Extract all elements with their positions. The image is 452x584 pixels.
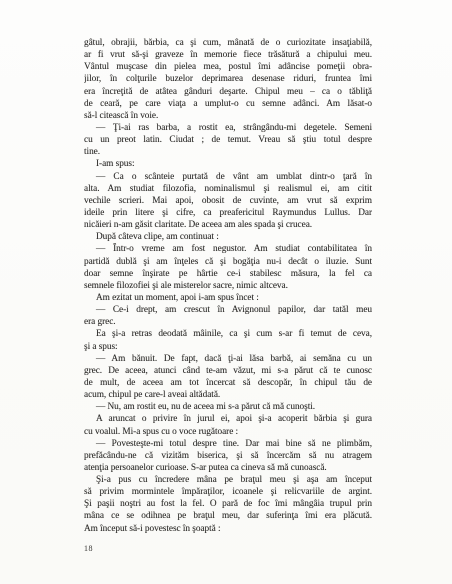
text-line: atenţia persoanelor curioase. S-ar putea… bbox=[84, 462, 372, 474]
text-line: acum, chipul pe care-l aveai altădată. bbox=[84, 389, 372, 401]
paragraph: După câteva clipe, am continuat : bbox=[84, 231, 372, 243]
text-line: ideile prin litere şi cifre, ca preaferi… bbox=[84, 207, 372, 219]
paragraph: — Ţi-ai ras barba, a rostit ea, strângân… bbox=[84, 122, 372, 158]
paragraph: — Ca o scânteie purtată de vânt am umbla… bbox=[84, 171, 372, 232]
text-line: nicăieri n-am găsit claritate. De aceea … bbox=[84, 219, 372, 231]
text-line: Am ezitat un moment, apoi i-am spus înce… bbox=[84, 292, 372, 304]
text-line: doar semne înşirate pe hârtie ce-i stabi… bbox=[84, 268, 372, 280]
text-line: gâtul, obrajii, bărbia, ca şi cum, mânat… bbox=[84, 37, 372, 49]
text-line: prefăcându-ne că vizităm biserica, şi să… bbox=[84, 450, 372, 462]
paragraph: Ea şi-a retras deodată mâinile, ca şi cu… bbox=[84, 328, 372, 352]
text-line: să-l citească în voie. bbox=[84, 110, 372, 122]
text-line: alta. Am studiat filozofia, nominalismul… bbox=[84, 183, 372, 195]
text-line: I-am spus: bbox=[84, 158, 372, 170]
text-line: — Am bănuit. De fapt, dacă ţi-ai lăsa ba… bbox=[84, 353, 372, 365]
text-line: A aruncat o privire în jurul ei, apoi şi… bbox=[84, 413, 372, 425]
text-block: gâtul, obrajii, bărbia, ca şi cum, mânat… bbox=[84, 37, 372, 535]
text-line: Ea şi-a retras deodată mâinile, ca şi cu… bbox=[84, 328, 372, 340]
text-line: şi a spus: bbox=[84, 341, 372, 353]
text-line: de ceară, pe care viaţa a umplut-o cu se… bbox=[84, 98, 372, 110]
text-line: cu un preot latin. Ciudat ; de temut. Vr… bbox=[84, 134, 372, 146]
text-line: cu voalul. Mi-a spus cu o voce rugătoare… bbox=[84, 426, 372, 438]
text-line: era grec. bbox=[84, 316, 372, 328]
text-line: de mult, de aceea am tot încercat să des… bbox=[84, 377, 372, 389]
text-line: să privim mormintele împăraţilor, icoane… bbox=[84, 486, 372, 498]
paragraph: A aruncat o privire în jurul ei, apoi şi… bbox=[84, 413, 372, 437]
paragraph: I-am spus: bbox=[84, 158, 372, 170]
text-line: Am început să-i povestesc în şoaptă : bbox=[84, 523, 372, 535]
text-line: jilor, în colţurile buzelor deprimarea d… bbox=[84, 73, 372, 85]
text-line: — Ca o scânteie purtată de vânt am umbla… bbox=[84, 171, 372, 183]
text-line: — Nu, am rostit eu, nu de aceea mi s-a p… bbox=[84, 401, 372, 413]
text-line: mâna ce se odihnea pe braţul meu, dar su… bbox=[84, 510, 372, 522]
paragraph: — Ce-i drept, am crescut în Avignonul pa… bbox=[84, 304, 372, 328]
scanned-book-page: gâtul, obrajii, bărbia, ca şi cum, mânat… bbox=[0, 0, 452, 584]
text-line: Vântul muşcase din pielea mea, postul îm… bbox=[84, 61, 372, 73]
text-line: ar fi vrut să-şi graveze în memorie fiec… bbox=[84, 49, 372, 61]
text-line: grec. De aceea, atunci când te-am văzut,… bbox=[84, 365, 372, 377]
text-line: — Într-o vreme am fost negustor. Am stud… bbox=[84, 243, 372, 255]
paragraph: Am ezitat un moment, apoi i-am spus înce… bbox=[84, 292, 372, 304]
text-line: Şi paşii noştri au fost la fel. O pară d… bbox=[84, 498, 372, 510]
paragraph: gâtul, obrajii, bărbia, ca şi cum, mânat… bbox=[84, 37, 372, 122]
text-line: partidă dublă şi am înţeles că şi bogăţi… bbox=[84, 256, 372, 268]
text-line: — Ce-i drept, am crescut în Avignonul pa… bbox=[84, 304, 372, 316]
text-line: — Povesteşte-mi totul despre tine. Dar m… bbox=[84, 438, 372, 450]
paragraph: — Povesteşte-mi totul despre tine. Dar m… bbox=[84, 438, 372, 474]
text-line: După câteva clipe, am continuat : bbox=[84, 231, 372, 243]
text-line: — Ţi-ai ras barba, a rostit ea, strângân… bbox=[84, 122, 372, 134]
paragraph: — Am bănuit. De fapt, dacă ţi-ai lăsa ba… bbox=[84, 353, 372, 402]
text-line: era încreţită de atâtea gânduri deşarte.… bbox=[84, 86, 372, 98]
text-line: vechile scrieri. Mai apoi, obosit de cuv… bbox=[84, 195, 372, 207]
text-line: Şi-a pus cu încredere mâna pe braţul meu… bbox=[84, 474, 372, 486]
paragraph: — Într-o vreme am fost negustor. Am stud… bbox=[84, 243, 372, 292]
paragraph: Şi-a pus cu încredere mâna pe braţul meu… bbox=[84, 474, 372, 535]
page-number: 18 bbox=[84, 544, 93, 553]
paragraph: — Nu, am rostit eu, nu de aceea mi s-a p… bbox=[84, 401, 372, 413]
text-line: semnele filozofiei şi ale misterelor sac… bbox=[84, 280, 372, 292]
text-line: tine. bbox=[84, 146, 372, 158]
